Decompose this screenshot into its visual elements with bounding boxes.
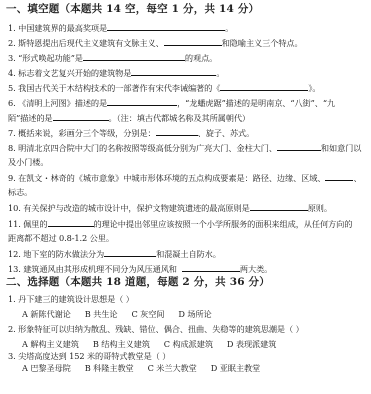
question-text: 两大类。 xyxy=(240,264,272,274)
fill-question-13: 13. 建筑通风由其形成机理不同分为风压通风和两大类。 xyxy=(8,263,272,275)
fill-question-9-cont: 标志。 xyxy=(8,187,32,198)
question-text: 和隐喻主义三个特点。 xyxy=(222,38,303,48)
fill-question-11: 11. 佩里的的理论中提出邻里应该按照一个小学所服务的面积来组成，从任何方向的 xyxy=(8,218,352,230)
question-text: 12. 地下室的防水做法分为 xyxy=(8,249,104,259)
fill-question-7: 7. 概括来说，彩画分三个等级，分别是：、旋子、苏式。 xyxy=(8,127,254,139)
fill-question-6: 6. 《清明上河图》描述的是，“龙蟠虎踞”描述的是明南京、“八街”、“九 xyxy=(8,97,335,109)
question-text: 3. “形式唤起功能”是 xyxy=(8,53,83,63)
answer-blank[interactable] xyxy=(83,52,185,61)
option-d[interactable]: D 亚眠主教堂 xyxy=(211,363,260,373)
fill-question-5: 5. 我国古代关于木结构技术的一部著作有宋代李诫编著的《》。 xyxy=(8,82,320,94)
question-text: 和混凝土自防水。 xyxy=(156,249,221,259)
question-text: 5. 我国古代关于木结构技术的一部著作有宋代李诫编著的 xyxy=(8,83,212,93)
answer-blank[interactable] xyxy=(53,112,109,121)
fill-question-9: 9. 在凯文・林奇的《城市意象》中城市形体环境的五点构成要素是：路径、边缘、区域… xyxy=(8,172,362,184)
question-text: 7. 概括来说，彩画分三个等级，分别是： xyxy=(8,128,156,138)
question-text: 13. 建筑通风由其形成机理不同分为风压通风和 xyxy=(8,264,177,274)
option-c[interactable]: C 灰空间 xyxy=(131,309,164,319)
question-text: 原则。 xyxy=(308,203,332,213)
choice-question-1: 1. 丹下建三的建筑设计思想是（ ） xyxy=(8,294,134,305)
question-text: 。 xyxy=(312,83,320,93)
option-b[interactable]: B 科隆主教堂 xyxy=(85,363,134,373)
choice-options-3: A 巴黎圣母院B 科隆主教堂C 米兰大教堂D 亚眠主教堂 xyxy=(22,363,274,374)
answer-blank[interactable] xyxy=(325,172,353,181)
question-text: ，“龙蟠虎踞”描述的是明南京、“八街”、“九 xyxy=(177,98,335,108)
choice-options-1: A 新陈代谢论B 共生论C 灰空间D 场所论 xyxy=(22,309,226,320)
fill-question-6-cont: 陌”描述的是。（注：填古代都城名称及其所属朝代） xyxy=(8,112,250,124)
option-a[interactable]: A 解构主义建筑 xyxy=(22,339,79,349)
answer-blank[interactable] xyxy=(277,142,321,151)
option-b[interactable]: B 共生论 xyxy=(85,309,118,319)
question-text: 1. 中国建筑界的最高奖项是 xyxy=(8,23,107,33)
question-text: 6. 《清明上河图》描述的是 xyxy=(8,98,107,108)
option-a[interactable]: A 巴黎圣母院 xyxy=(22,363,71,373)
answer-blank[interactable] xyxy=(220,82,308,91)
question-text: 8. 明清北京四合院中大门的名称按照等级高低分别为广亮大门、金柱大门、 xyxy=(8,143,277,153)
question-text: 4. 标志着文艺复兴开始的建筑物是 xyxy=(8,68,131,78)
question-text: 。 xyxy=(216,68,224,78)
question-text: 11. 佩里的 xyxy=(8,219,48,229)
question-text: 的理论中提出邻里应该按照一个小学所服务的面积来组成，从任何方向的 xyxy=(94,219,353,229)
fill-question-11-cont: 距离都不超过 0.8-1.2 公里。 xyxy=(8,233,114,244)
option-c[interactable]: C 米兰大教堂 xyxy=(148,363,197,373)
fill-question-12: 12. 地下室的防水做法分为和混凝土自防水。 xyxy=(8,248,221,260)
option-d[interactable]: D 场所论 xyxy=(178,309,211,319)
answer-blank[interactable] xyxy=(156,127,198,136)
section1-heading: 一、填空题（本题共 14 空，每空 1 分，共 14 分） xyxy=(6,4,259,15)
answer-blank[interactable] xyxy=(107,22,225,31)
choice-question-3: 3. 尖塔高度达到 152 米的哥特式教堂是（ ） xyxy=(8,351,170,362)
choice-question-2: 2. 形象特征可以归纳为散乱、残缺、错位、偶合、扭曲、失稳等的建筑思潮是（ ） xyxy=(8,324,304,335)
answer-blank[interactable] xyxy=(250,202,308,211)
fill-question-2: 2. 斯特恩提出后现代主义建筑有文脉主义、和隐喻主义三个特点。 xyxy=(8,37,303,49)
option-c[interactable]: C 构成派建筑 xyxy=(164,339,213,349)
option-b[interactable]: B 结构主义建筑 xyxy=(93,339,150,349)
question-text: 10. 有关保护与改造的城市设计中，保护文物建筑遗迹的最高原则是 xyxy=(8,203,250,213)
section2-heading: 二、选择题（本题共 18 道题，每题 2 分，共 36 分） xyxy=(6,277,270,288)
question-text: 。（注：填古代都城名称及其所属朝代） xyxy=(109,113,250,123)
exam-page: 一、填空题（本题共 14 空，每空 1 分，共 14 分） 1. 中国建筑界的最… xyxy=(0,0,371,394)
fill-question-4: 4. 标志着文艺复兴开始的建筑物是。 xyxy=(8,67,224,79)
choice-options-2: A 解构主义建筑B 结构主义建筑C 构成派建筑D 表现派建筑 xyxy=(22,339,290,350)
fill-question-8: 8. 明清北京四合院中大门的名称按照等级高低分别为广亮大门、金柱大门、和如意门以 xyxy=(8,142,361,154)
fill-question-3: 3. “形式唤起功能”是的观点。 xyxy=(8,52,217,64)
answer-blank[interactable] xyxy=(131,67,216,76)
answer-blank[interactable] xyxy=(182,263,240,272)
question-text: 、旋子、苏式。 xyxy=(198,128,255,138)
option-d[interactable]: D 表现派建筑 xyxy=(227,339,276,349)
question-text: 、 xyxy=(353,173,361,183)
answer-blank[interactable] xyxy=(107,97,177,106)
answer-blank[interactable] xyxy=(104,248,156,257)
question-text: 陌”描述的是 xyxy=(8,113,53,123)
question-text: 2. 斯特恩提出后现代主义建筑有文脉主义、 xyxy=(8,38,164,48)
fill-question-10: 10. 有关保护与改造的城市设计中，保护文物建筑遗迹的最高原则是原则。 xyxy=(8,202,332,214)
question-text: 9. 在凯文・林奇的《城市意象》中城市形体环境的五点构成要素是：路径、边缘、区域… xyxy=(8,173,325,183)
question-text: 。 xyxy=(225,23,233,33)
question-text: 的观点。 xyxy=(185,53,217,63)
fill-question-1: 1. 中国建筑界的最高奖项是。 xyxy=(8,22,233,34)
answer-blank[interactable] xyxy=(164,37,222,46)
question-text: 和如意门以 xyxy=(321,143,361,153)
fill-question-8-cont: 及小门楼。 xyxy=(8,157,48,168)
option-a[interactable]: A 新陈代谢论 xyxy=(22,309,71,319)
answer-blank[interactable] xyxy=(48,218,94,227)
